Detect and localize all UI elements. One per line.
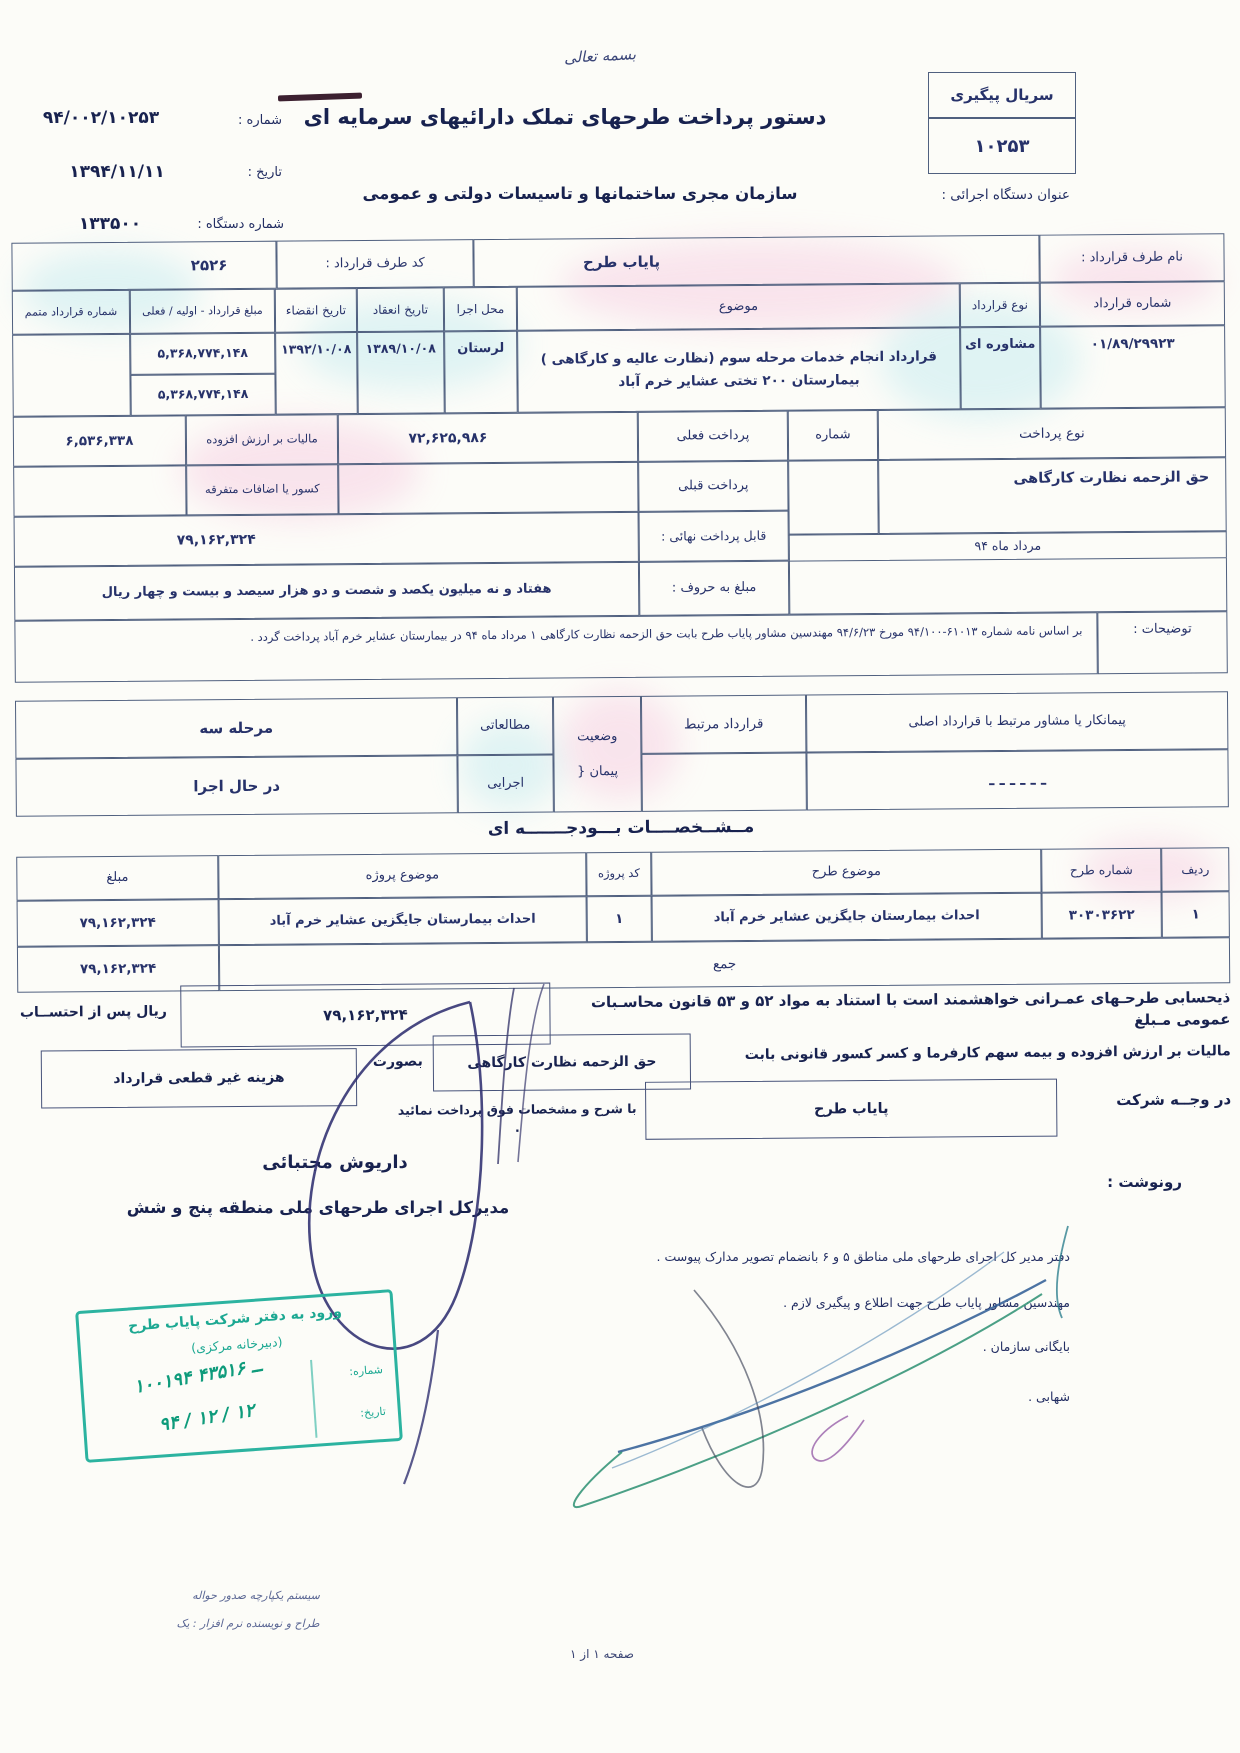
budget-row-project-subject: احداث بیمارستان جایگزین عشایر خرم آباد <box>219 896 587 945</box>
stamp-date-value: ۱۲ / ۱۲ / ۹۴ <box>121 1394 292 1441</box>
budget-header-project-subject: موضوع پروژه <box>218 852 586 899</box>
contract-amount-initial: ۵,۳۶۸,۷۷۴,۱۴۸ <box>130 333 275 375</box>
deductions-label: کسور یا اضافات متفرقه <box>186 464 338 515</box>
current-payment-value: ۷۲,۶۲۵,۹۸۶ <box>338 412 638 464</box>
budget-header-index: ردیف <box>1161 847 1229 892</box>
supplement-number-value <box>12 334 131 417</box>
footer-credit-1: سیستم یکپارچه صدور حواله <box>166 1588 346 1604</box>
signatory-name: داریوش مجتبائی <box>230 1150 440 1176</box>
amount-in-words-label: مبلغ به حروف : <box>639 561 789 616</box>
cc-label: رونوشت : <box>1072 1172 1182 1194</box>
budget-header-project-code: کد پروژه <box>586 852 651 897</box>
footer-credit-2: طراح و نویسنده نرم افزار : یک <box>150 1616 346 1632</box>
related-contract-value <box>641 753 806 812</box>
cc-item-2: مهندسین مشاور پایاب طرح جهت اطلاع و پیگی… <box>656 1294 1070 1312</box>
party-name-value: پایاب طرح <box>473 235 1039 287</box>
party-code-label: کد طرف قرارداد : <box>276 239 473 289</box>
budget-header-plan-no: شماره طرح <box>1041 848 1161 893</box>
subject-header: موضوع <box>517 283 960 330</box>
page-number: صفحه ۱ از ۱ <box>552 1646 652 1663</box>
status-cell: وضعیت پیمان { <box>553 696 642 813</box>
order-payee-box: پایاب طرح <box>645 1079 1057 1140</box>
related-contractor-header: پیمانکار یا مشاور مرتبط با قرارداد اصلی <box>806 691 1228 752</box>
budget-section-title: مــشــخصــــات بـــودجـــــــه ای <box>401 814 841 842</box>
order-expense-box: هزینه غیر قطعی قرارداد <box>41 1048 357 1108</box>
supplement-number-header: شماره قرارداد متمم <box>12 290 130 335</box>
stamp-number-label: شماره: <box>349 1363 384 1378</box>
status-exec-label: اجرایی <box>457 755 553 814</box>
stamp-date-label: تاریخ: <box>360 1405 386 1420</box>
payment-period: مرداد ماه ۹۴ <box>789 531 1227 560</box>
form-body: نام طرف قرارداد : پایاب طرح کد طرف قرارد… <box>0 0 1240 1753</box>
previous-payment-label: پرداخت قبلی <box>638 461 788 512</box>
vat-label: مالیات بر ارزش افزوده <box>186 414 338 465</box>
order-line1-text: ذیحسابی طرحـهای عمـرانی خواهشمند است با … <box>554 987 1230 1036</box>
cc-item-3: بایگانی سازمان . <box>934 1338 1070 1356</box>
signatory-title: مدیرکل اجرای طرحهای ملی منطقه پنج و شش <box>88 1196 548 1220</box>
contract-type-header: نوع قرارداد <box>960 283 1040 328</box>
entry-stamp: ورود به دفتر شرکت پایاب طرح (دبیرخانه مر… <box>75 1289 403 1463</box>
order-line1-tail: ریال پس از احتســاب <box>10 1001 176 1023</box>
contract-number-value: ۰۱/۸۹/۲۹۹۲۳ <box>1040 325 1226 408</box>
previous-payment-value <box>338 462 638 514</box>
order-line2-mid: بصورت <box>365 1051 431 1072</box>
order-line2-text: مالیات بر ارزش افزوده و بیمه سهم کارفرما… <box>695 1041 1231 1066</box>
status-line1: وضعیت <box>577 727 617 747</box>
payment-number-header: شماره <box>788 410 878 461</box>
status-study-label: مطالعاتی <box>457 697 553 756</box>
order-line3-text: در وجــه شرکت <box>1065 1089 1231 1112</box>
expiry-date-value: ۱۳۹۲/۱۰/۰۸ <box>275 332 358 415</box>
payment-type-header: نوع پرداخت <box>878 407 1226 460</box>
final-payable-label: قابل پرداخت نهائی : <box>639 511 789 562</box>
expiry-date-header: تاریخ انقضاء <box>275 288 357 333</box>
order-line3-tail: با شرح و مشخصات فوق پرداخت نمائید . <box>395 1100 639 1138</box>
location-value: لرستان <box>444 331 518 414</box>
contract-number-header: شماره قرارداد <box>1040 281 1225 326</box>
cc-item-4: شهابی . <box>996 1388 1070 1406</box>
deductions-value <box>13 465 186 516</box>
status-line2: پیمان { <box>577 762 618 782</box>
payment-type-value: حق الزحمه نظارت کارگاهی <box>878 457 1227 534</box>
contract-amount-current: ۵,۳۶۸,۷۷۴,۱۴۸ <box>130 374 275 416</box>
phase-status: در حال اجرا <box>15 755 457 816</box>
related-contract-header: قرارداد مرتبط <box>641 695 806 754</box>
budget-header-amount: مبلغ <box>16 855 218 901</box>
contract-type-value: مشاوره ای <box>960 327 1041 410</box>
related-contractor-value: ـ ـ ـ ـ ـ ـ <box>806 749 1228 810</box>
party-name-label: نام طرف قرارداد : <box>1039 233 1224 282</box>
budget-row-plan-subject: احداث بیمارستان جایگزین عشایر خرم آباد <box>652 893 1042 942</box>
period-empty-cell <box>789 557 1227 614</box>
location-header: محل اجرا <box>444 287 517 332</box>
cc-item-1: دفتر مدیر کل اجرای طرحهای ملی مناطق ۵ و … <box>610 1248 1070 1266</box>
final-payable-value: ۷۹,۱۶۲,۳۲۴ <box>14 512 639 567</box>
budget-row-index: ۱ <box>1162 891 1230 938</box>
notes-label: توضیحات : <box>1097 611 1227 674</box>
budget-row-plan-no: ۳۰۳۰۳۶۲۲ <box>1042 892 1162 939</box>
budget-row-amount: ۷۹,۱۶۲,۳۲۴ <box>17 899 219 947</box>
sign-date-value: ۱۳۸۹/۱۰/۰۸ <box>357 331 445 414</box>
phase-value: مرحله سه <box>15 697 457 758</box>
subject-value: قرارداد انجام خدمات مرحله سوم (نظارت عال… <box>517 327 961 412</box>
amount-in-words-value: هفتاد و نه میلیون یکصد و شصت و دو هزار س… <box>14 562 639 621</box>
current-payment-label: پرداخت فعلی <box>638 411 788 462</box>
sign-date-header: تاریخ انعقاد <box>357 287 444 332</box>
vat-value: ۶,۵۳۶,۳۳۸ <box>13 415 186 466</box>
contract-amount-header: مبلغ قرارداد - اولیه / فعلی <box>130 289 275 334</box>
budget-row-project-code: ۱ <box>587 896 652 943</box>
stamp-divider <box>310 1360 317 1438</box>
party-code-value: ۲۵۲۶ <box>11 241 276 291</box>
scanned-payment-order-document: بسمه تعالی دستور پرداخت طرحهای تملک دارا… <box>0 0 1240 1753</box>
payment-number-value <box>788 460 879 535</box>
notes-value: بر اساس نامه شماره ۶۱۰۱۳-۹۴/۱۰۰ مورخ ۹۴/… <box>14 612 1097 683</box>
budget-header-plan-subject: موضوع طرح <box>651 849 1041 896</box>
